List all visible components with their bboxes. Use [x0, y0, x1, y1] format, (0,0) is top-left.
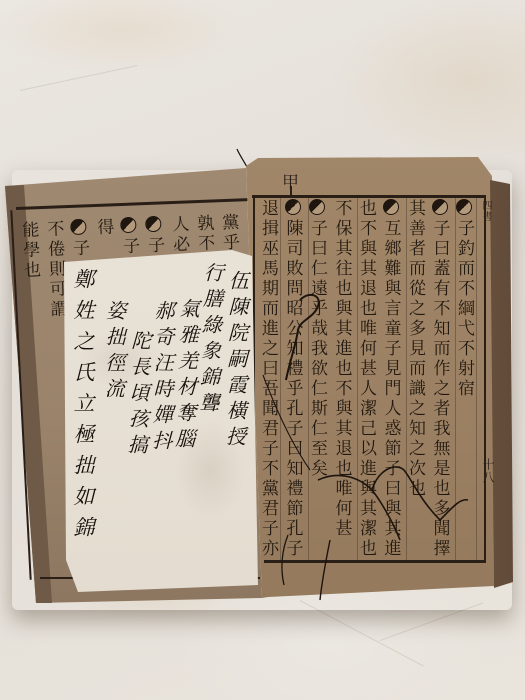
- note-column: 姿拙徑流: [99, 300, 130, 404]
- note-column: 鄭姓之氏立極拙如錦: [68, 268, 98, 547]
